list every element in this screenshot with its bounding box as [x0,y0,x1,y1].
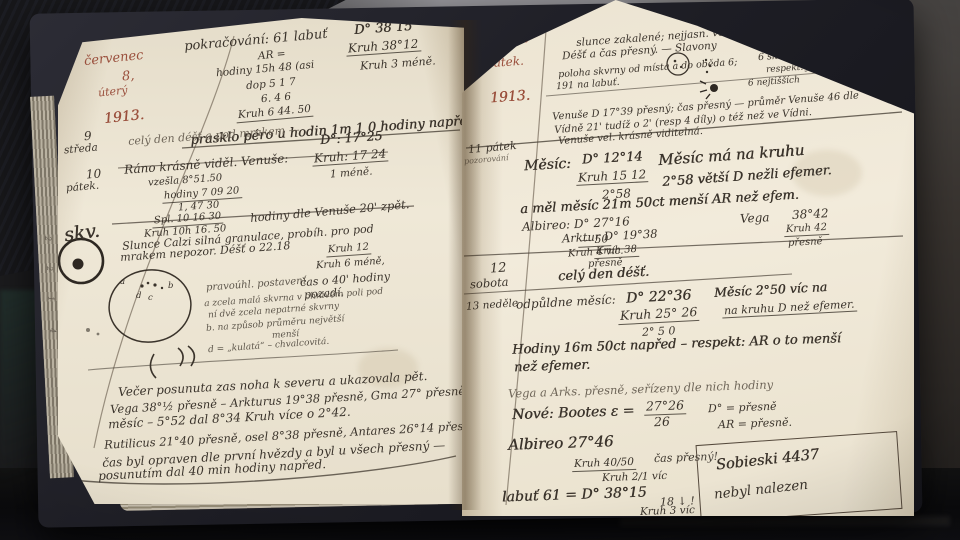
table-highlight [620,516,950,526]
margin-weekday: úterý [98,84,128,98]
entry-line: Kruh 38°12 [346,37,421,56]
margin-year: 1913. [490,89,531,106]
entry-line: Kruh 6 méně, [316,257,385,272]
entry-line: 1 méně. [330,167,373,180]
entry-line: 6. 4 6 [261,92,292,105]
entry-line: čas o 40' hodiny [300,271,391,288]
margin-year: 1913. [103,108,144,126]
margin-month: červenec [83,49,144,68]
entry-line: labuť 61 = D° 38°15 [502,485,647,504]
sunspot-label-c: c [148,294,153,303]
entry-line: Kruh 42 [784,223,830,237]
margin-weekday2: středa [64,143,99,156]
entry-line: Arktur D° 19°38 [562,229,658,245]
left-page-content: červenec 8, úterý 1913. 9 středa 10 páte… [58,18,464,504]
entry-line: Měsíc: [524,157,572,173]
entry-line: Měsíc má na kruhu [658,143,805,168]
sunspot-label-a: a [120,278,125,287]
entry-line: D° 22°36 [626,288,692,305]
entry-line: přesně [788,237,823,249]
entry-line: 38°42 [792,207,829,221]
entry-line: AR = přesně. [718,417,792,431]
edge-mark: 4 [48,328,56,334]
entry-line: Kruh 15 12 [576,168,649,186]
entry-line: Kruh: 17 24 [312,147,389,166]
entry-line: Kruh 12 [326,242,372,257]
note-box: Sobieski 4437 nebyl nalezen [696,431,903,523]
entry-line: 2°58 větší D nežli efemer. [662,164,832,189]
entry-line: hodiny 15h 48 (asi [216,60,315,79]
entry-line: Kruh 25° 26 [618,306,700,325]
entry-line: Hodiny 16m 50ct napřed – respekt: AR o t… [512,332,841,356]
entry-line: Vega a Arks. přesně, seřízeny dle nich h… [508,379,773,400]
entry-line: D° = přesně [708,401,777,414]
entry-line: Kruh 2/1 víc [602,471,667,484]
entry-line: pokračování: 61 labuť [184,28,328,53]
entry-line: d = „kulatá“ – chvalcovitá. [208,338,330,355]
entry-line: Ráno krásně viděl. Venuše: [124,152,289,175]
entry-line: Kruh 40/50 [572,457,636,472]
margin-weekday3: pátek. [66,181,100,194]
entry-line: 27°26 [644,399,687,415]
entry-line: D°: 17°25 [320,130,383,147]
margin-day3: 10 [86,167,102,180]
entry-line: Vega [740,211,770,225]
entry-line: dop 5 1 7 [246,77,297,92]
entry-line: Kruh 6 44. 50 [236,104,314,123]
entry-line: Měsíc 2°50 víc na [714,281,828,299]
edge-mark: 1 [46,296,54,302]
sunspot-label-d: d [136,292,141,301]
sunspot-label-b: b [168,282,173,291]
entry-line: 26 [654,416,670,429]
entry-line: poloha skvrny od místa a do oběda 6; [558,58,738,80]
note-box-line: nebyl nalezen [713,479,808,502]
entry-line: 2° 5 0 [642,325,676,338]
photo-scene: 2 2 1 4 [0,0,960,540]
edge-mark: 2 [45,266,53,272]
entry-line: na kruhu D než efemer. [722,298,857,318]
margin-day2: 9 [84,130,92,143]
entry-line: odpůldne měsíc: [516,293,616,310]
entry-line: D° 12°14 [582,150,643,166]
entry-line: Kruh 3 méně. [360,55,436,71]
entry-line: hodiny dle Venuše 20' zpět. [250,199,410,224]
note-box-line: Sobieski 4437 [715,448,819,473]
entry-line: Albireo 27°46 [508,434,614,453]
entry-line: než efemer. [514,359,591,375]
margin-day3: 12 [490,261,507,275]
left-page: červenec 8, úterý 1913. 9 středa 10 páte… [58,18,464,504]
edge-mark: 2 [43,236,51,242]
entry-line: pravoúhl. postavení [206,277,306,294]
book-spine-shadow [448,20,482,510]
entry-line: 6 nejtišších [748,76,800,89]
margin-day: 8, [121,69,134,83]
entry-line: Nové: Bootes ε = [512,404,635,422]
entry-line: celý den déšť. [558,266,650,284]
margin-skv-label: skv. [63,222,101,246]
entry-line: 191 na labuť. [556,78,620,92]
entry-line: AR = [258,49,286,62]
